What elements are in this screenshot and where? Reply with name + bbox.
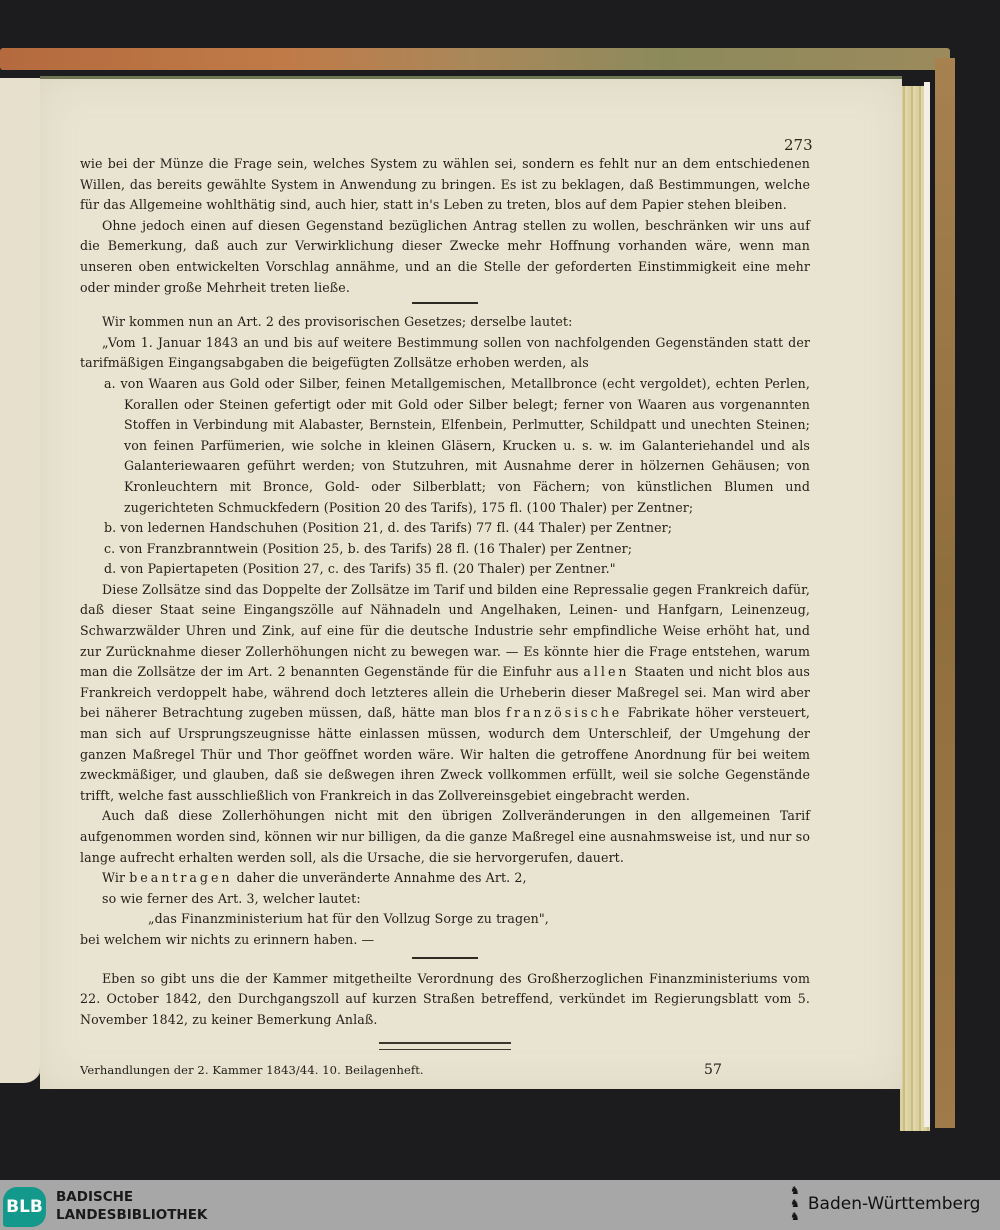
quoted-article: „das Finanzministerium hat für den Vollz… (80, 909, 810, 930)
page-stack-highlight (924, 82, 930, 1127)
section-divider (412, 957, 478, 959)
three-lions-icon: ♞♞♞ (790, 1184, 800, 1223)
list-item-c: c. von Franzbranntwein (Position 25, b. … (80, 539, 810, 560)
footer-source: Verhandlungen der 2. Kammer 1843/44. 10.… (80, 1060, 424, 1081)
list-item-d: d. von Papiertapeten (Position 27, c. de… (80, 559, 810, 580)
emphasized-text: beantragen (129, 870, 232, 885)
paragraph: Ohne jedoch einen auf diesen Gegenstand … (80, 216, 810, 298)
list-item-a: a. von Waaren aus Gold oder Silber, fein… (80, 374, 810, 518)
emphasized-text: allen (583, 664, 629, 679)
book-cover-top-edge (0, 48, 950, 70)
blb-logo-icon[interactable]: BLB (3, 1187, 46, 1227)
footer-signature: 57 (704, 1060, 810, 1081)
page-text: wie bei der Münze die Frage sein, welche… (80, 130, 810, 1081)
state-name: Baden-Württemberg (808, 1194, 981, 1214)
text-run: Wir (102, 870, 125, 885)
quoted-law-intro: „Vom 1. Januar 1843 an und bis auf weite… (80, 333, 810, 374)
baden-wuerttemberg-logo[interactable]: ♞♞♞ Baden-Württemberg (790, 1184, 980, 1223)
paragraph: wie bei der Münze die Frage sein, welche… (80, 154, 810, 216)
section-divider (412, 302, 478, 304)
previous-page-edge (0, 78, 42, 1083)
paragraph: Eben so gibt uns die der Kammer mitgethe… (80, 969, 810, 1031)
end-divider (379, 1042, 511, 1050)
library-name-line2: LANDESBIBLIOTHEK (56, 1206, 207, 1224)
paragraph: Auch daß diese Zollerhöhungen nicht mit … (80, 806, 810, 868)
book-cover-right-edge (935, 58, 955, 1128)
library-name[interactable]: BADISCHE LANDESBIBLIOTHEK (56, 1188, 207, 1224)
list-item-b: b. von ledernen Handschuhen (Position 21… (80, 518, 810, 539)
institution-banner: BLB BADISCHE LANDESBIBLIOTHEK ♞♞♞ Baden-… (0, 1180, 1000, 1230)
page-footer: Verhandlungen der 2. Kammer 1843/44. 10.… (80, 1060, 810, 1081)
emphasized-text: französische (506, 705, 622, 720)
paragraph: bei welchem wir nichts zu erinnern haben… (80, 930, 810, 951)
library-name-line1: BADISCHE (56, 1188, 207, 1206)
paragraph: Diese Zollsätze sind das Doppelte der Zo… (80, 580, 810, 807)
paragraph: Wir kommen nun an Art. 2 des provisorisc… (80, 312, 810, 333)
text-run: daher die unveränderte Annahme des Art. … (237, 870, 527, 885)
paragraph: so wie ferner des Art. 3, welcher lautet… (80, 889, 810, 910)
paragraph: Wir beantragen daher die unveränderte An… (80, 868, 810, 889)
